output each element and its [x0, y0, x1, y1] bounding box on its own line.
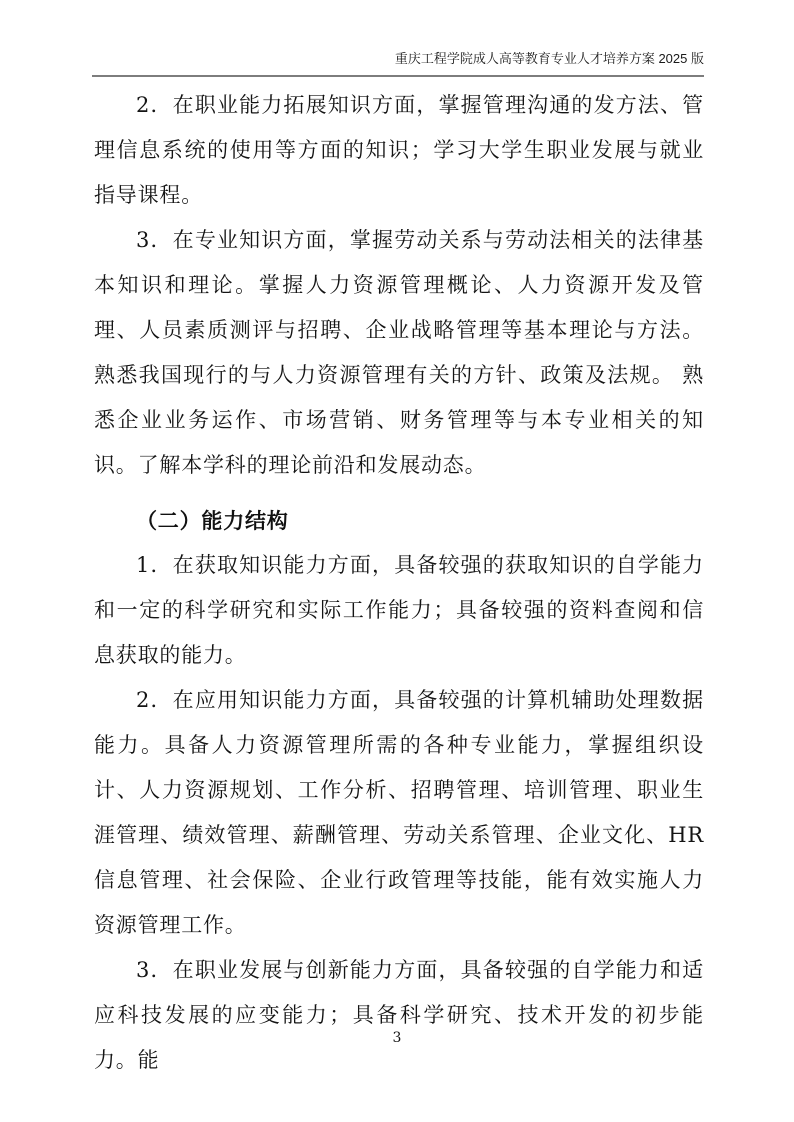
section-heading: （二）能力结构: [94, 498, 704, 543]
paragraph: 2．在应用知识能力方面，具备较强的计算机辅助处理数据能力。具备人力资源管理所需的…: [94, 678, 704, 948]
page-header-text: 重庆工程学院成人高等教育专业人才培养方案 2025 版: [395, 51, 704, 66]
paragraph: 3．在职业发展与创新能力方面，具备较强的自学能力和适应科技发展的应变能力；具备科…: [94, 948, 704, 1083]
document-page: 重庆工程学院成人高等教育专业人才培养方案 2025 版 2．在职业能力拓展知识方…: [0, 0, 794, 1122]
page-number: 3: [393, 1030, 402, 1046]
page-header: 重庆工程学院成人高等教育专业人才培养方案 2025 版: [92, 50, 704, 77]
page-footer: 3: [0, 1028, 794, 1048]
document-body: 2．在职业能力拓展知识方面，掌握管理沟通的发方法、管理信息系统的使用等方面的知识…: [94, 83, 704, 1083]
paragraph: 1．在获取知识能力方面，具备较强的获取知识的自学能力和一定的科学研究和实际工作能…: [94, 543, 704, 678]
paragraph: 3．在专业知识方面，掌握劳动关系与劳动法相关的法律基本知识和理论。掌握人力资源管…: [94, 218, 704, 488]
paragraph: 2．在职业能力拓展知识方面，掌握管理沟通的发方法、管理信息系统的使用等方面的知识…: [94, 83, 704, 218]
